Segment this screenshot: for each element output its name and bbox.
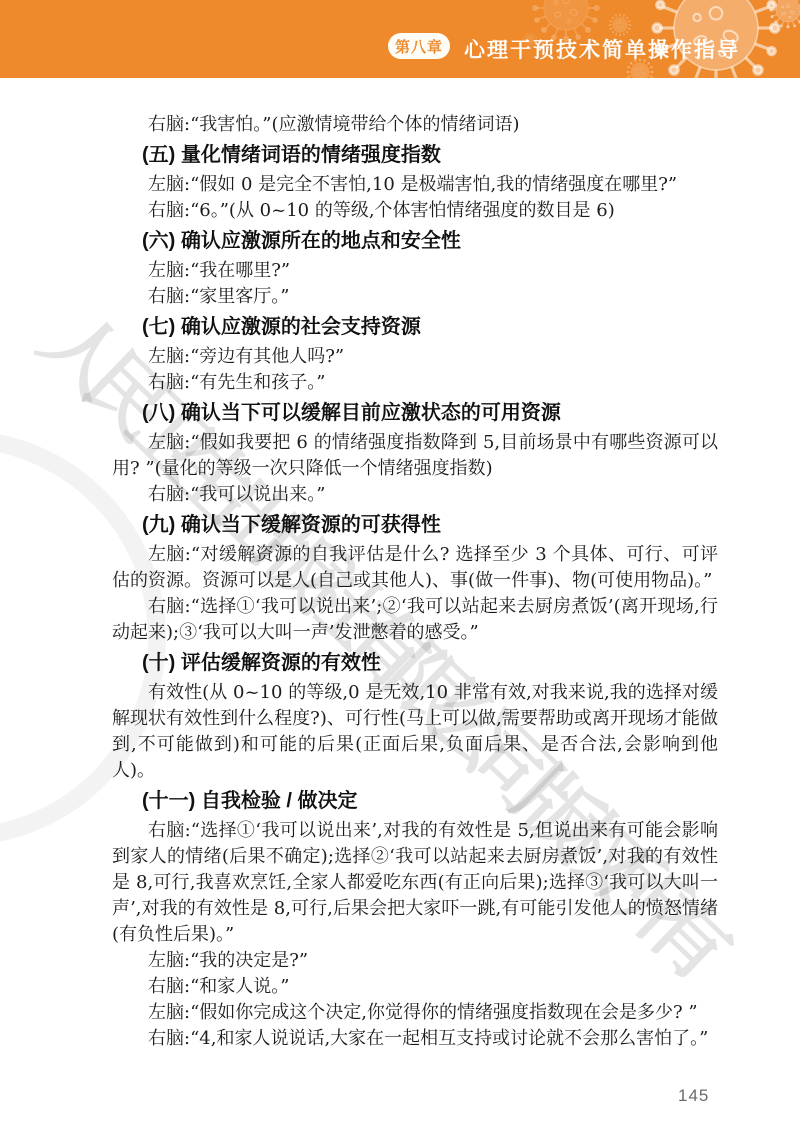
paragraph: 左脑:“我在哪里?” (112, 258, 718, 284)
paragraph: 右脑:“我可以说出来。” (112, 482, 718, 508)
paragraph: 右脑:“6。”(从 0~10 的等级,个体害怕情绪强度的数目是 6) (112, 198, 718, 224)
page-number: 145 (678, 1086, 709, 1106)
section-heading: (六) 确认应激源所在的地点和安全性 (112, 228, 718, 254)
paragraph: 右脑:“4,和家人说说话,大家在一起相互支持或讨论就不会那么害怕了。” (112, 1026, 718, 1052)
section-heading: (十) 评估缓解资源的有效性 (112, 650, 718, 676)
paragraph: 左脑:“假如你完成这个决定,你觉得你的情绪强度指数现在会是多少? ” (112, 1000, 718, 1026)
section-heading: (五) 量化情绪词语的情绪强度指数 (112, 142, 718, 168)
paragraph: 右脑:“选择①‘我可以说出来’;②‘我可以站起来去厨房煮饭’(离开现场,行动起来… (112, 594, 718, 646)
page-header: 第八章 心理干预技术简单操作指导 (0, 0, 800, 78)
paragraph: 左脑:“假如 0 是完全不害怕,10 是极端害怕,我的情绪强度在哪里?” (112, 172, 718, 198)
paragraph: 左脑:“对缓解资源的自我评估是什么? 选择至少 3 个具体、可行、可评估的资源。… (112, 542, 718, 594)
paragraph: 有效性(从 0~10 的等级,0 是无效,10 非常有效,对我来说,我的选择对缓… (112, 680, 718, 784)
section-heading: (九) 确认当下缓解资源的可获得性 (112, 512, 718, 538)
chapter-title: 心理干预技术简单操作指导 (464, 34, 740, 64)
paragraph: 左脑:“旁边有其他人吗?” (112, 344, 718, 370)
book-page: 第八章 心理干预技术简单操作指导 人民卫生出版社有限公司版权所有 右脑:“我害怕… (0, 0, 800, 1140)
paragraph: 左脑:“我的决定是?” (112, 948, 718, 974)
content-area: 右脑:“我害怕。”(应激情境带给个体的情绪词语)(五) 量化情绪词语的情绪强度指… (112, 112, 718, 1052)
paragraph: 左脑:“假如我要把 6 的情绪强度指数降到 5,目前场景中有哪些资源可以用? ”… (112, 430, 718, 482)
paragraph: 右脑:“和家人说。” (112, 974, 718, 1000)
section-heading: (十一) 自我检验 / 做决定 (112, 788, 718, 814)
section-heading: (八) 确认当下可以缓解目前应激状态的可用资源 (112, 400, 718, 426)
paragraph: 右脑:“有先生和孩子。” (112, 370, 718, 396)
paragraph: 右脑:“家里客厅。” (112, 284, 718, 310)
chapter-badge: 第八章 (388, 33, 450, 59)
section-heading: (七) 确认应激源的社会支持资源 (112, 314, 718, 340)
paragraph: 右脑:“我害怕。”(应激情境带给个体的情绪词语) (112, 112, 718, 138)
paragraph: 右脑:“选择①‘我可以说出来’,对我的有效性是 5,但说出来有可能会影响到家人的… (112, 818, 718, 948)
